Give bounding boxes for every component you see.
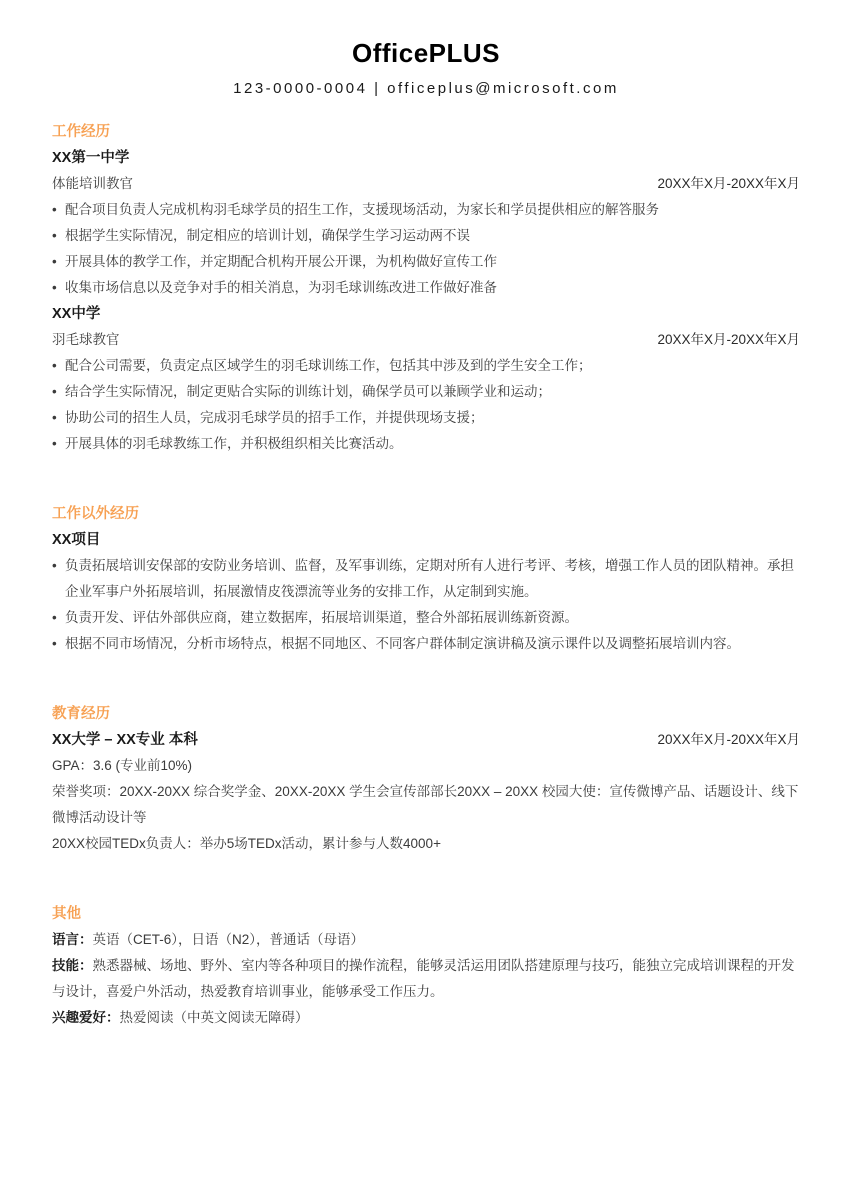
- role-row: 羽毛球教官 20XX年X月-20XX年X月: [52, 327, 800, 353]
- skills-text: 熟悉器械、场地、野外、室内等各种项目的操作流程，能够灵活运用团队搭建原理与技巧，…: [52, 958, 795, 999]
- school-row: XX大学 – XX专业 本科 20XX年X月-20XX年X月: [52, 727, 800, 753]
- bullet-item: 负责开发、评估外部供应商，建立数据库，拓展培训渠道，整合外部拓展训练新资源。: [52, 605, 800, 631]
- bullet-item: 负责拓展培训安保部的安防业务培训、监督，及军事训练，定期对所有人进行考评、考核，…: [52, 553, 800, 605]
- org-name: XX中学: [52, 301, 800, 327]
- section-heading-other: 其他: [52, 901, 800, 927]
- section-heading-education: 教育经历: [52, 701, 800, 727]
- education-period: 20XX年X月-20XX年X月: [657, 727, 800, 753]
- bullet-item: 协助公司的招生人员，完成羽毛球学员的招手工作，并提供现场支援；: [52, 405, 800, 431]
- bullet-list: 负责拓展培训安保部的安防业务培训、监督，及军事训练，定期对所有人进行考评、考核，…: [52, 553, 800, 657]
- school-name: XX大学 – XX专业 本科: [52, 727, 198, 753]
- tedx-line: 20XX校园TEDx负责人：举办5场TEDx活动，累计参与人数4000+: [52, 831, 800, 857]
- bullet-item: 配合项目负责人完成机构羽毛球学员的招生工作，支援现场活动，为家长和学员提供相应的…: [52, 197, 800, 223]
- work-entry: XX第一中学 体能培训教官 20XX年X月-20XX年X月 配合项目负责人完成机…: [52, 145, 800, 301]
- contact-line: 123-0000-0004 | officeplus@microsoft.com: [52, 79, 800, 99]
- language-line: 语言：英语（CET-6），日语（N2），普通话（母语）: [52, 927, 800, 953]
- extra-work-entry: XX项目 负责拓展培训安保部的安防业务培训、监督，及军事训练，定期对所有人进行考…: [52, 527, 800, 657]
- section-heading-extra-work: 工作以外经历: [52, 501, 800, 527]
- skills-line: 技能：熟悉器械、场地、野外、室内等各种项目的操作流程，能够灵活运用团队搭建原理与…: [52, 953, 800, 1005]
- bullet-item: 配合公司需要，负责定点区域学生的羽毛球训练工作，包括其中涉及到的学生安全工作；: [52, 353, 800, 379]
- bullet-list: 配合公司需要，负责定点区域学生的羽毛球训练工作，包括其中涉及到的学生安全工作； …: [52, 353, 800, 457]
- bullet-item: 根据不同市场情况，分析市场特点，根据不同地区、不同客户群体制定演讲稿及演示课件以…: [52, 631, 800, 657]
- bullet-item: 结合学生实际情况，制定更贴合实际的训练计划，确保学员可以兼顾学业和运动；: [52, 379, 800, 405]
- bullet-item: 根据学生实际情况，制定相应的培训计划，确保学生学习运动两不误: [52, 223, 800, 249]
- bullet-item: 收集市场信息以及竞争对手的相关消息，为羽毛球训练改进工作做好准备: [52, 275, 800, 301]
- hobby-text: 热爱阅读（中英文阅读无障碍）: [120, 1010, 309, 1025]
- skills-label: 技能：: [52, 958, 93, 973]
- language-text: 英语（CET-6），日语（N2），普通话（母语）: [93, 932, 365, 947]
- job-role: 羽毛球教官: [52, 327, 120, 353]
- language-label: 语言：: [52, 932, 93, 947]
- section-heading-work: 工作经历: [52, 119, 800, 145]
- role-row: 体能培训教官 20XX年X月-20XX年X月: [52, 171, 800, 197]
- page-title: OfficePLUS: [52, 38, 800, 68]
- bullet-list: 配合项目负责人完成机构羽毛球学员的招生工作，支援现场活动，为家长和学员提供相应的…: [52, 197, 800, 301]
- gpa-line: GPA：3.6 (专业前10%): [52, 753, 800, 779]
- education-entry: XX大学 – XX专业 本科 20XX年X月-20XX年X月 GPA：3.6 (…: [52, 727, 800, 857]
- honors-line: 荣誉奖项：20XX-20XX 综合奖学金、20XX-20XX 学生会宣传部部长2…: [52, 779, 800, 831]
- other-section: 语言：英语（CET-6），日语（N2），普通话（母语） 技能：熟悉器械、场地、野…: [52, 927, 800, 1031]
- job-role: 体能培训教官: [52, 171, 133, 197]
- project-name: XX项目: [52, 527, 800, 553]
- bullet-item: 开展具体的教学工作，并定期配合机构开展公开课，为机构做好宣传工作: [52, 249, 800, 275]
- work-entry: XX中学 羽毛球教官 20XX年X月-20XX年X月 配合公司需要，负责定点区域…: [52, 301, 800, 457]
- hobby-line: 兴趣爱好：热爱阅读（中英文阅读无障碍）: [52, 1005, 800, 1031]
- hobby-label: 兴趣爱好：: [52, 1010, 120, 1025]
- job-period: 20XX年X月-20XX年X月: [657, 171, 800, 197]
- resume-page: OfficePLUS 123-0000-0004 | officeplus@mi…: [0, 0, 848, 1200]
- bullet-item: 开展具体的羽毛球教练工作，并积极组织相关比赛活动。: [52, 431, 800, 457]
- job-period: 20XX年X月-20XX年X月: [657, 327, 800, 353]
- org-name: XX第一中学: [52, 145, 800, 171]
